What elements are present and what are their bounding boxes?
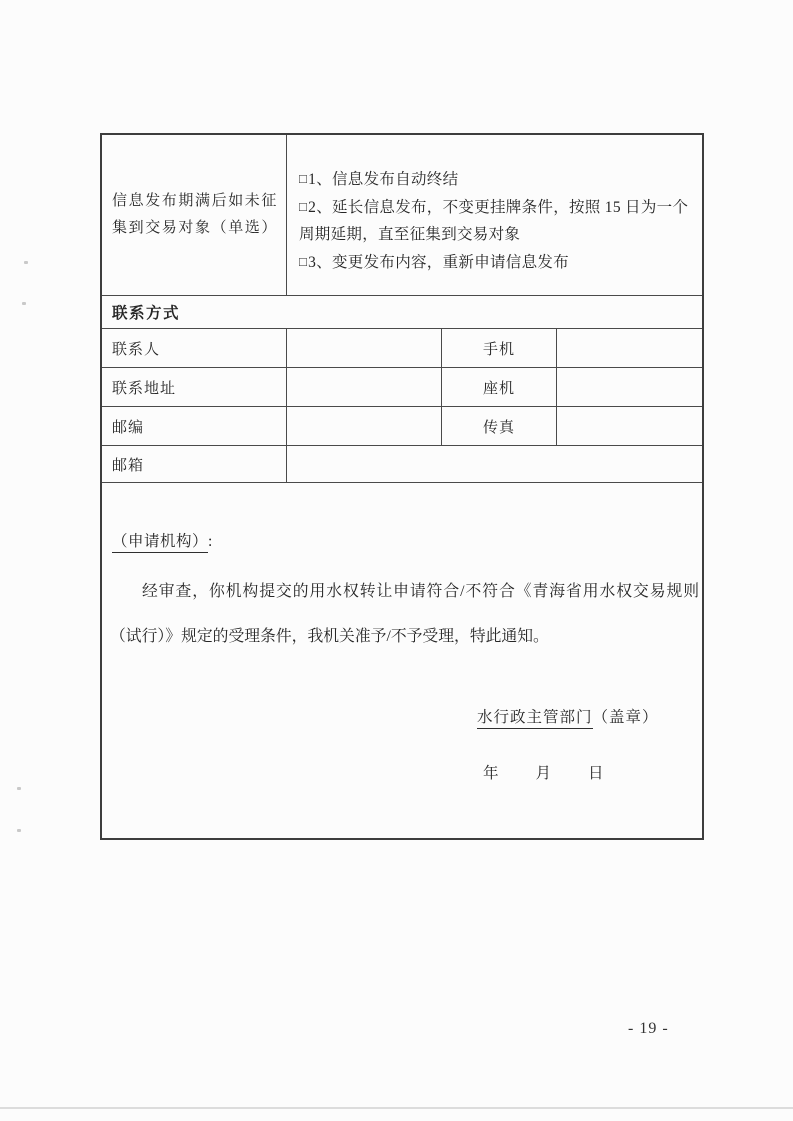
contact-value-cell	[287, 446, 702, 482]
contact-value-cell	[557, 368, 702, 406]
contact-label: 邮编	[112, 416, 144, 437]
scan-speck	[17, 787, 21, 790]
info-release-label-cell: 信息发布期满后如未征集到交易对象（单选）	[102, 135, 287, 295]
option-text: 1、信息发布自动终结	[308, 171, 458, 188]
contact-label: 座机	[483, 377, 515, 398]
info-release-row: 信息发布期满后如未征集到交易对象（单选） □1、信息发布自动终结 □2、延长信息…	[102, 135, 702, 296]
scan-speck	[22, 302, 26, 305]
authority-seal-note: （盖章）	[593, 709, 659, 726]
authority-signature-line: 水行政主管部门（盖章）	[477, 705, 659, 727]
application-form-table: 信息发布期满后如未征集到交易对象（单选） □1、信息发布自动终结 □2、延长信息…	[100, 133, 704, 840]
contact-label: 联系地址	[112, 377, 176, 398]
contact-value-cell	[287, 329, 442, 367]
contact-label-cell: 邮编	[102, 407, 287, 445]
option-text: 2、延长信息发布，不变更挂牌条件，按照 15 日为一个周期延期，直至征集到交易对…	[299, 199, 688, 244]
contact-label: 手机	[483, 338, 515, 359]
contact-value-cell	[557, 407, 702, 445]
scan-speck	[24, 261, 28, 264]
contact-label-cell: 手机	[442, 329, 557, 367]
applicant-label: （申请机构）	[112, 533, 208, 553]
contact-value-cell	[287, 407, 442, 445]
applicant-line: （申请机构）:	[112, 529, 213, 551]
contact-row: 联系地址 座机	[102, 368, 702, 407]
checkbox-icon: □	[299, 171, 307, 186]
scan-speck	[17, 829, 21, 832]
contact-label-cell: 联系人	[102, 329, 287, 367]
scanned-document-page: 信息发布期满后如未征集到交易对象（单选） □1、信息发布自动终结 □2、延长信息…	[0, 0, 793, 1121]
contact-row: 联系人 手机	[102, 329, 702, 368]
checkbox-icon: □	[299, 199, 307, 214]
contact-label: 联系人	[112, 338, 160, 359]
contact-value-cell	[557, 329, 702, 367]
scan-edge-line	[0, 1107, 793, 1109]
contact-label: 传真	[483, 416, 515, 437]
review-section-cell: （申请机构）: 经审查，你机构提交的用水权转让申请符合/不符合《青海省用水权交易…	[102, 483, 702, 838]
checkbox-icon: □	[299, 254, 307, 269]
contact-label-cell: 联系地址	[102, 368, 287, 406]
review-paragraph: 经审查，你机构提交的用水权转让申请符合/不符合《青海省用水权交易规则（试行）》规…	[110, 569, 699, 659]
option-auto-terminate: □1、信息发布自动终结	[299, 166, 696, 194]
contact-value-cell	[287, 368, 442, 406]
contact-label-cell: 座机	[442, 368, 557, 406]
contact-row-email: 邮箱	[102, 446, 702, 483]
option-change-content: □3、变更发布内容，重新申请信息发布	[299, 249, 696, 277]
option-text: 3、变更发布内容，重新申请信息发布	[308, 254, 569, 271]
date-line: 年 月 日	[483, 761, 606, 783]
applicant-colon: :	[208, 533, 213, 550]
contact-row: 邮编 传真	[102, 407, 702, 446]
page-number: - 19 -	[628, 1020, 669, 1038]
contact-label-cell: 邮箱	[102, 446, 287, 482]
contact-label-cell: 传真	[442, 407, 557, 445]
info-release-options-cell: □1、信息发布自动终结 □2、延长信息发布，不变更挂牌条件，按照 15 日为一个…	[287, 135, 702, 295]
contact-label: 邮箱	[112, 454, 144, 475]
contact-section-title: 联系方式	[112, 301, 180, 323]
contact-header-row: 联系方式	[102, 296, 702, 329]
authority-name: 水行政主管部门	[477, 709, 593, 729]
option-extend-release: □2、延长信息发布，不变更挂牌条件，按照 15 日为一个周期延期，直至征集到交易…	[299, 194, 696, 249]
info-release-label: 信息发布期满后如未征集到交易对象（单选）	[112, 188, 280, 242]
